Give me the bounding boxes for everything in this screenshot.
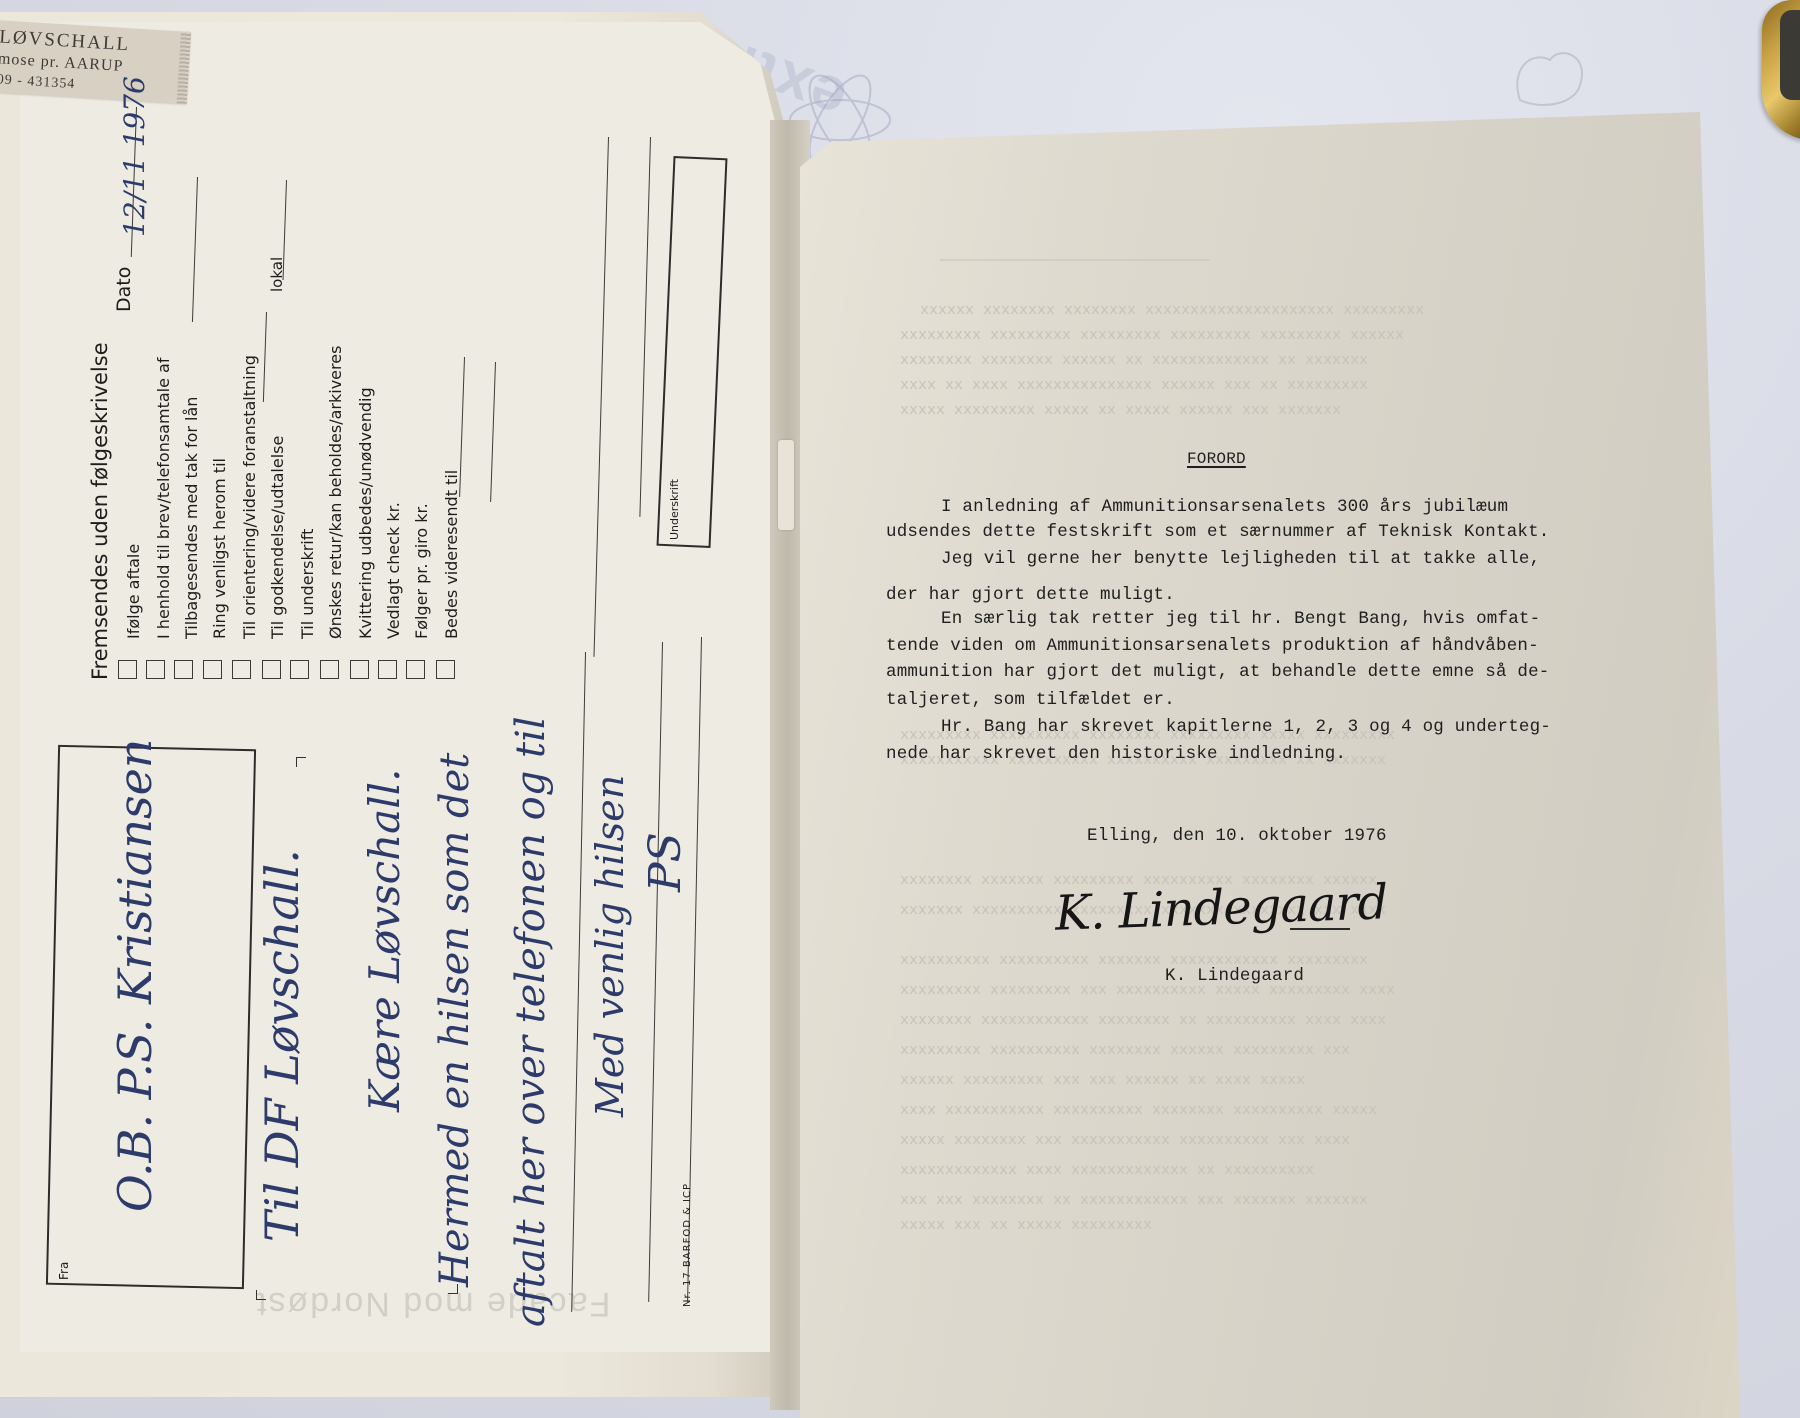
checkbox-ifolge-aftale[interactable] — [118, 660, 137, 679]
checkbox-videresendt[interactable] — [436, 660, 455, 679]
date-value[interactable]: 12/11 1976 — [118, 76, 151, 237]
handwritten-to: Til DF Løvschall. — [255, 849, 309, 1242]
show-through-line: xxxxx xxx xx xxxxx xxxxxxxxx — [900, 1217, 1152, 1234]
paragraph-3-line-4: taljeret, som tilfældet er. — [886, 690, 1175, 710]
handwritten-signature: K. Lindegaard — [1054, 874, 1388, 942]
show-through-line: xxxxxx xxxxxxxx xxxxxxxx xxxxxxxxxxxxxxx… — [920, 302, 1424, 319]
left-page: Facade mod Nordøst LØVSCHALL mose pr. AA… — [0, 12, 792, 1397]
corner-mark — [296, 757, 306, 767]
handwritten-from: O.B. P.S. Kristiansen — [108, 739, 162, 1212]
form-item-label: I henhold til brev/telefonsamtale af — [154, 358, 173, 639]
stamp-line-3: 09 - 431354 — [0, 72, 76, 93]
form-item-label: Til orientering/videre foranstaltning — [240, 355, 259, 639]
show-through-line: xxxxxxxx xxxxxxxxxxxx xxxxxxxx xx xxxxxx… — [900, 1012, 1386, 1029]
show-through-line: xxxxxxxxxxxxx xxxx xxxxxxxxxxxxx xx xxxx… — [900, 1162, 1314, 1179]
form-item-label: Vedlagt check kr. — [384, 502, 403, 639]
show-through-line: xxx xxx xxxxxxxx xx xxxxxxxxxxxx xxx xxx… — [900, 1192, 1368, 1209]
show-through-line: xxxxxxxx xxxxxxxx xxxxxx xx xxxxxxxxxxxx… — [900, 352, 1368, 369]
handwritten-greeting: Kære Løvschall. — [360, 769, 409, 1112]
form-item-label: Kvittering udbedes/unødvendig — [356, 387, 375, 639]
form-item-label: Ønskes retur/kan beholdes/arkiveres — [326, 346, 345, 639]
corner-mark — [256, 1290, 266, 1300]
forord-title: FORORD — [1187, 450, 1246, 468]
checkbox-ring-venligst[interactable] — [203, 660, 222, 679]
show-through-line: xxxx xx xxxx xxxxxxxxxxxxxxx xxxxxx xxx … — [900, 377, 1368, 394]
paragraph-2-line-1: Jeg vil gerne her benytte lejligheden ti… — [941, 549, 1540, 569]
paragraph-3-line-3: ammunition har gjort det muligt, at beha… — [886, 662, 1550, 682]
paragraph-4-line-2: nede har skrevet den historiske indledni… — [886, 744, 1346, 764]
show-through-line: xxxxxxxxx xxxxxxxxx xxx xxxxxxxxxx xxxxx… — [900, 982, 1395, 999]
gold-object — [1762, 0, 1800, 140]
show-through-line: xxxxxxxxx xxxxxxxxxx xxxxxxxx xxxxxx xxx… — [900, 1042, 1350, 1059]
checkbox-onskes-retur[interactable] — [320, 660, 339, 679]
checkbox-i-henhold[interactable] — [146, 660, 165, 679]
paragraph-4-line-1: Hr. Bang har skrevet kapitlerne 1, 2, 3 … — [941, 717, 1551, 737]
form-item-label: Tilbagesendes med tak for lån — [182, 397, 201, 639]
address-stamp: LØVSCHALL mose pr. AARUP 09 - 431354 — [0, 20, 191, 104]
checkbox-til-orientering[interactable] — [232, 660, 251, 679]
checkbox-vedlagt-check[interactable] — [378, 660, 397, 679]
staple — [778, 440, 794, 530]
show-through-line: xxxx xxxxxxxxxxx xxxxxxxxxx xxxxxxxx xxx… — [900, 1102, 1377, 1119]
form-item-label: Til godkendelse/udtalelse — [268, 436, 287, 639]
show-through-text: Facade mod Nordøst — [255, 1284, 610, 1323]
signature-box-label: Underskrift — [668, 479, 681, 540]
show-through-line: xxxxx xxxxxxxxx xxxxx xx xxxxx xxxxxx xx… — [900, 402, 1341, 419]
checkbox-giro[interactable] — [406, 660, 425, 679]
checkbox-tilbagesendes[interactable] — [174, 660, 193, 679]
from-box-label: Fra — [57, 1262, 71, 1280]
signature-underline — [1290, 928, 1350, 930]
checkbox-kvittering[interactable] — [350, 660, 369, 679]
paragraph-1-line-1: I anledning af Ammunitionsarsenalets 300… — [941, 497, 1508, 517]
form-item-label: Til underskrift — [298, 529, 317, 639]
show-through-line: xxxxxx xxxxxxxxx xxx xxx xxxxxx xx xxxx … — [900, 1072, 1305, 1089]
date-label: Dato — [113, 267, 135, 312]
handwritten-body-1: Hermed en hilsen som det — [432, 753, 478, 1287]
show-through-line: —————————————————————————————— — [940, 252, 1210, 269]
right-page: —————————————————————————————— xxxxxx xx… — [800, 112, 1750, 1418]
handwritten-body-2: aftalt her over telefonen og til — [508, 716, 554, 1327]
paragraph-1-line-2: udsendes dette festskrift som et særnumm… — [886, 522, 1550, 542]
paragraph-3-line-2: tende viden om Ammunitionsarsenalets pro… — [886, 636, 1539, 656]
background-doodle-icon — [1510, 40, 1600, 120]
checkbox-til-godkendelse[interactable] — [262, 660, 281, 679]
form-item-label: Ring venligst herom til — [210, 458, 229, 639]
paragraph-3-line-1: En særlig tak retter jeg til hr. Bengt B… — [941, 609, 1540, 629]
form-title: Fremsendes uden følgeskrivelse — [88, 342, 112, 680]
print-mark: Nr. 17 BARFOD & ICP — [682, 1183, 693, 1307]
place-date: Elling, den 10. oktober 1976 — [1087, 826, 1387, 846]
show-through-line: xxxxxxxxx xxxxxxxxx xxxxxxxxx xxxxxxxxx … — [900, 327, 1404, 344]
typed-name: K. Lindegaard — [1165, 966, 1304, 986]
show-through-line: xxxxx xxxxxxxx xxx xxxxxxxxxxx xxxxxxxxx… — [900, 1132, 1350, 1149]
form-item-label: Ifølge aftale — [124, 544, 143, 639]
form-item-label: Bedes videresendt til — [442, 470, 461, 639]
checkbox-til-underskrift[interactable] — [290, 660, 309, 679]
paragraph-2-line-2: der har gjort dette muligt. — [886, 585, 1175, 605]
form-item-label: Følger pr. giro kr. — [412, 503, 431, 639]
handwritten-closing: Med venlig hilsen — [588, 775, 632, 1117]
handwritten-initials: PS — [640, 832, 691, 892]
